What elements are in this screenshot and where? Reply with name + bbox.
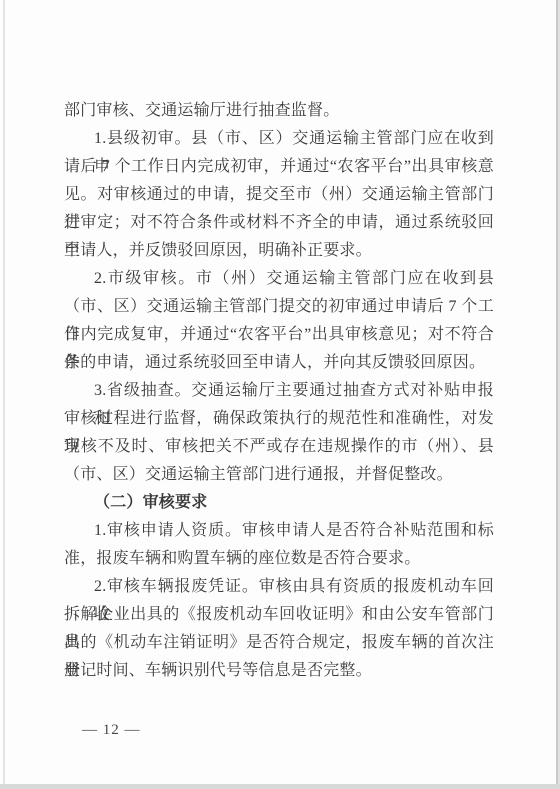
page-number: — 12 — [82, 716, 141, 744]
doc-line: 1.审核申请人资质。审核申请人是否符合补贴范围和标 [64, 517, 494, 545]
doc-line: 拆解企业出具的《报废机动车回收证明》和由公安车管部门出 [64, 601, 494, 629]
doc-line: （市、区）交通运输主管部门提交的初审通过申请后 7 个工作 [64, 293, 494, 321]
doc-line: 部门审核、交通运输厅进行抽查监督。 [64, 97, 494, 125]
doc-line: 审核过程进行监督，确保政策执行的规范性和准确性，对发现 [64, 405, 494, 433]
doc-line: 件的申请，通过系统驳回至申请人，并向其反馈驳回原因。 [64, 349, 494, 377]
doc-line: 请后 7 个工作日内完成初审，并通过“农客平台”出具审核意 [64, 153, 494, 181]
doc-line: 准，报废车辆和购置车辆的座位数是否符合要求。 [64, 545, 494, 573]
scan-edge-left [3, 0, 5, 784]
doc-line: 2.审核车辆报废凭证。审核由具有资质的报废机动车回收 [64, 573, 494, 601]
doc-line: 3.省级抽查。交通运输厅主要通过抽查方式对补贴申报和 [64, 377, 494, 405]
doc-line: 1.县级初审。县（市、区）交通运输主管部门应在收到申 [64, 125, 494, 153]
doc-line: 登记时间、车辆识别代号等信息是否完整。 [64, 657, 494, 685]
doc-line: 审核不及时、审核把关不严或存在违规操作的市（州）、县 [64, 433, 494, 461]
section-heading: （二）审核要求 [64, 489, 494, 517]
doc-line: （市、区）交通运输主管部门进行通报，并督促整改。 [64, 461, 494, 489]
doc-line: 行审定；对不符合条件或材料不齐全的申请，通过系统驳回至 [64, 209, 494, 237]
doc-line: 日内完成复审，并通过“农客平台”出具审核意见；对不符合条 [64, 321, 494, 349]
doc-line: 见。对审核通过的申请，提交至市（州）交通运输主管部门进 [64, 181, 494, 209]
document-page: 部门审核、交通运输厅进行抽查监督。 1.县级初审。县（市、区）交通运输主管部门应… [0, 0, 560, 789]
document-body: 部门审核、交通运输厅进行抽查监督。 1.县级初审。县（市、区）交通运输主管部门应… [64, 97, 494, 685]
doc-line: 申请人，并反馈驳回原因，明确补正要求。 [64, 237, 494, 265]
doc-line: 2.市级审核。市（州）交通运输主管部门应在收到县 [64, 265, 494, 293]
scan-edge-bottom [0, 784, 560, 789]
doc-line: 具的《机动车注销证明》是否符合规定，报废车辆的首次注册 [64, 629, 494, 657]
